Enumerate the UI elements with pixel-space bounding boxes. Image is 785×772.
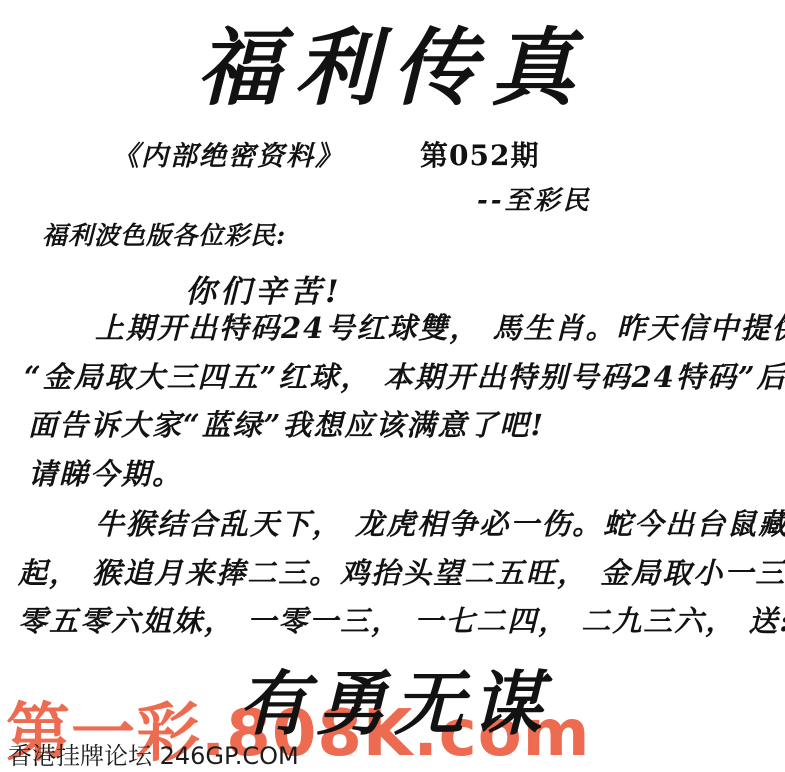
issue-number: 第052期 (420, 134, 539, 174)
greeting-line: 福利波色版各位彩民: (42, 216, 286, 252)
body-line: 起， 猴追月来捧二三。鸡抬头望二五旺， 金局取小一三二。 (18, 551, 785, 592)
body-line: 请睇今期。 (28, 452, 183, 493)
lottery-fax-sheet: 福利传真 《内部绝密资料》 第052期 --至彩民 福利波色版各位彩民: 你们辛… (0, 0, 785, 772)
body-line: 上期开出特码24号红球雙， 馬生肖。昨天信中提供 (95, 306, 785, 347)
page-title: 福利传真 (0, 22, 785, 114)
bottom-slogan: 有勇无谋 (238, 648, 550, 749)
body-line: “金局取大三四五”红球， 本期开出特别号码24特码”后 (24, 355, 785, 396)
body-line: 零五零六姐妹， 一零一三， 一七二四， 二九三六， 送: 蓝绿 (18, 599, 785, 640)
addressee-line: --至彩民 (477, 180, 592, 217)
opening-line: 你们辛苦! (185, 266, 343, 311)
body-line: 牛猴结合乱天下， 龙虎相争必一伤。蛇今出台鼠藏 (95, 502, 785, 543)
subtitle-confidential: 《内部绝密资料》 (112, 134, 344, 173)
body-line: 面告诉大家“蓝绿”我想应该满意了吧! (28, 403, 545, 444)
footer-forum-site: 香港挂牌论坛 246GP.COM (8, 736, 299, 771)
